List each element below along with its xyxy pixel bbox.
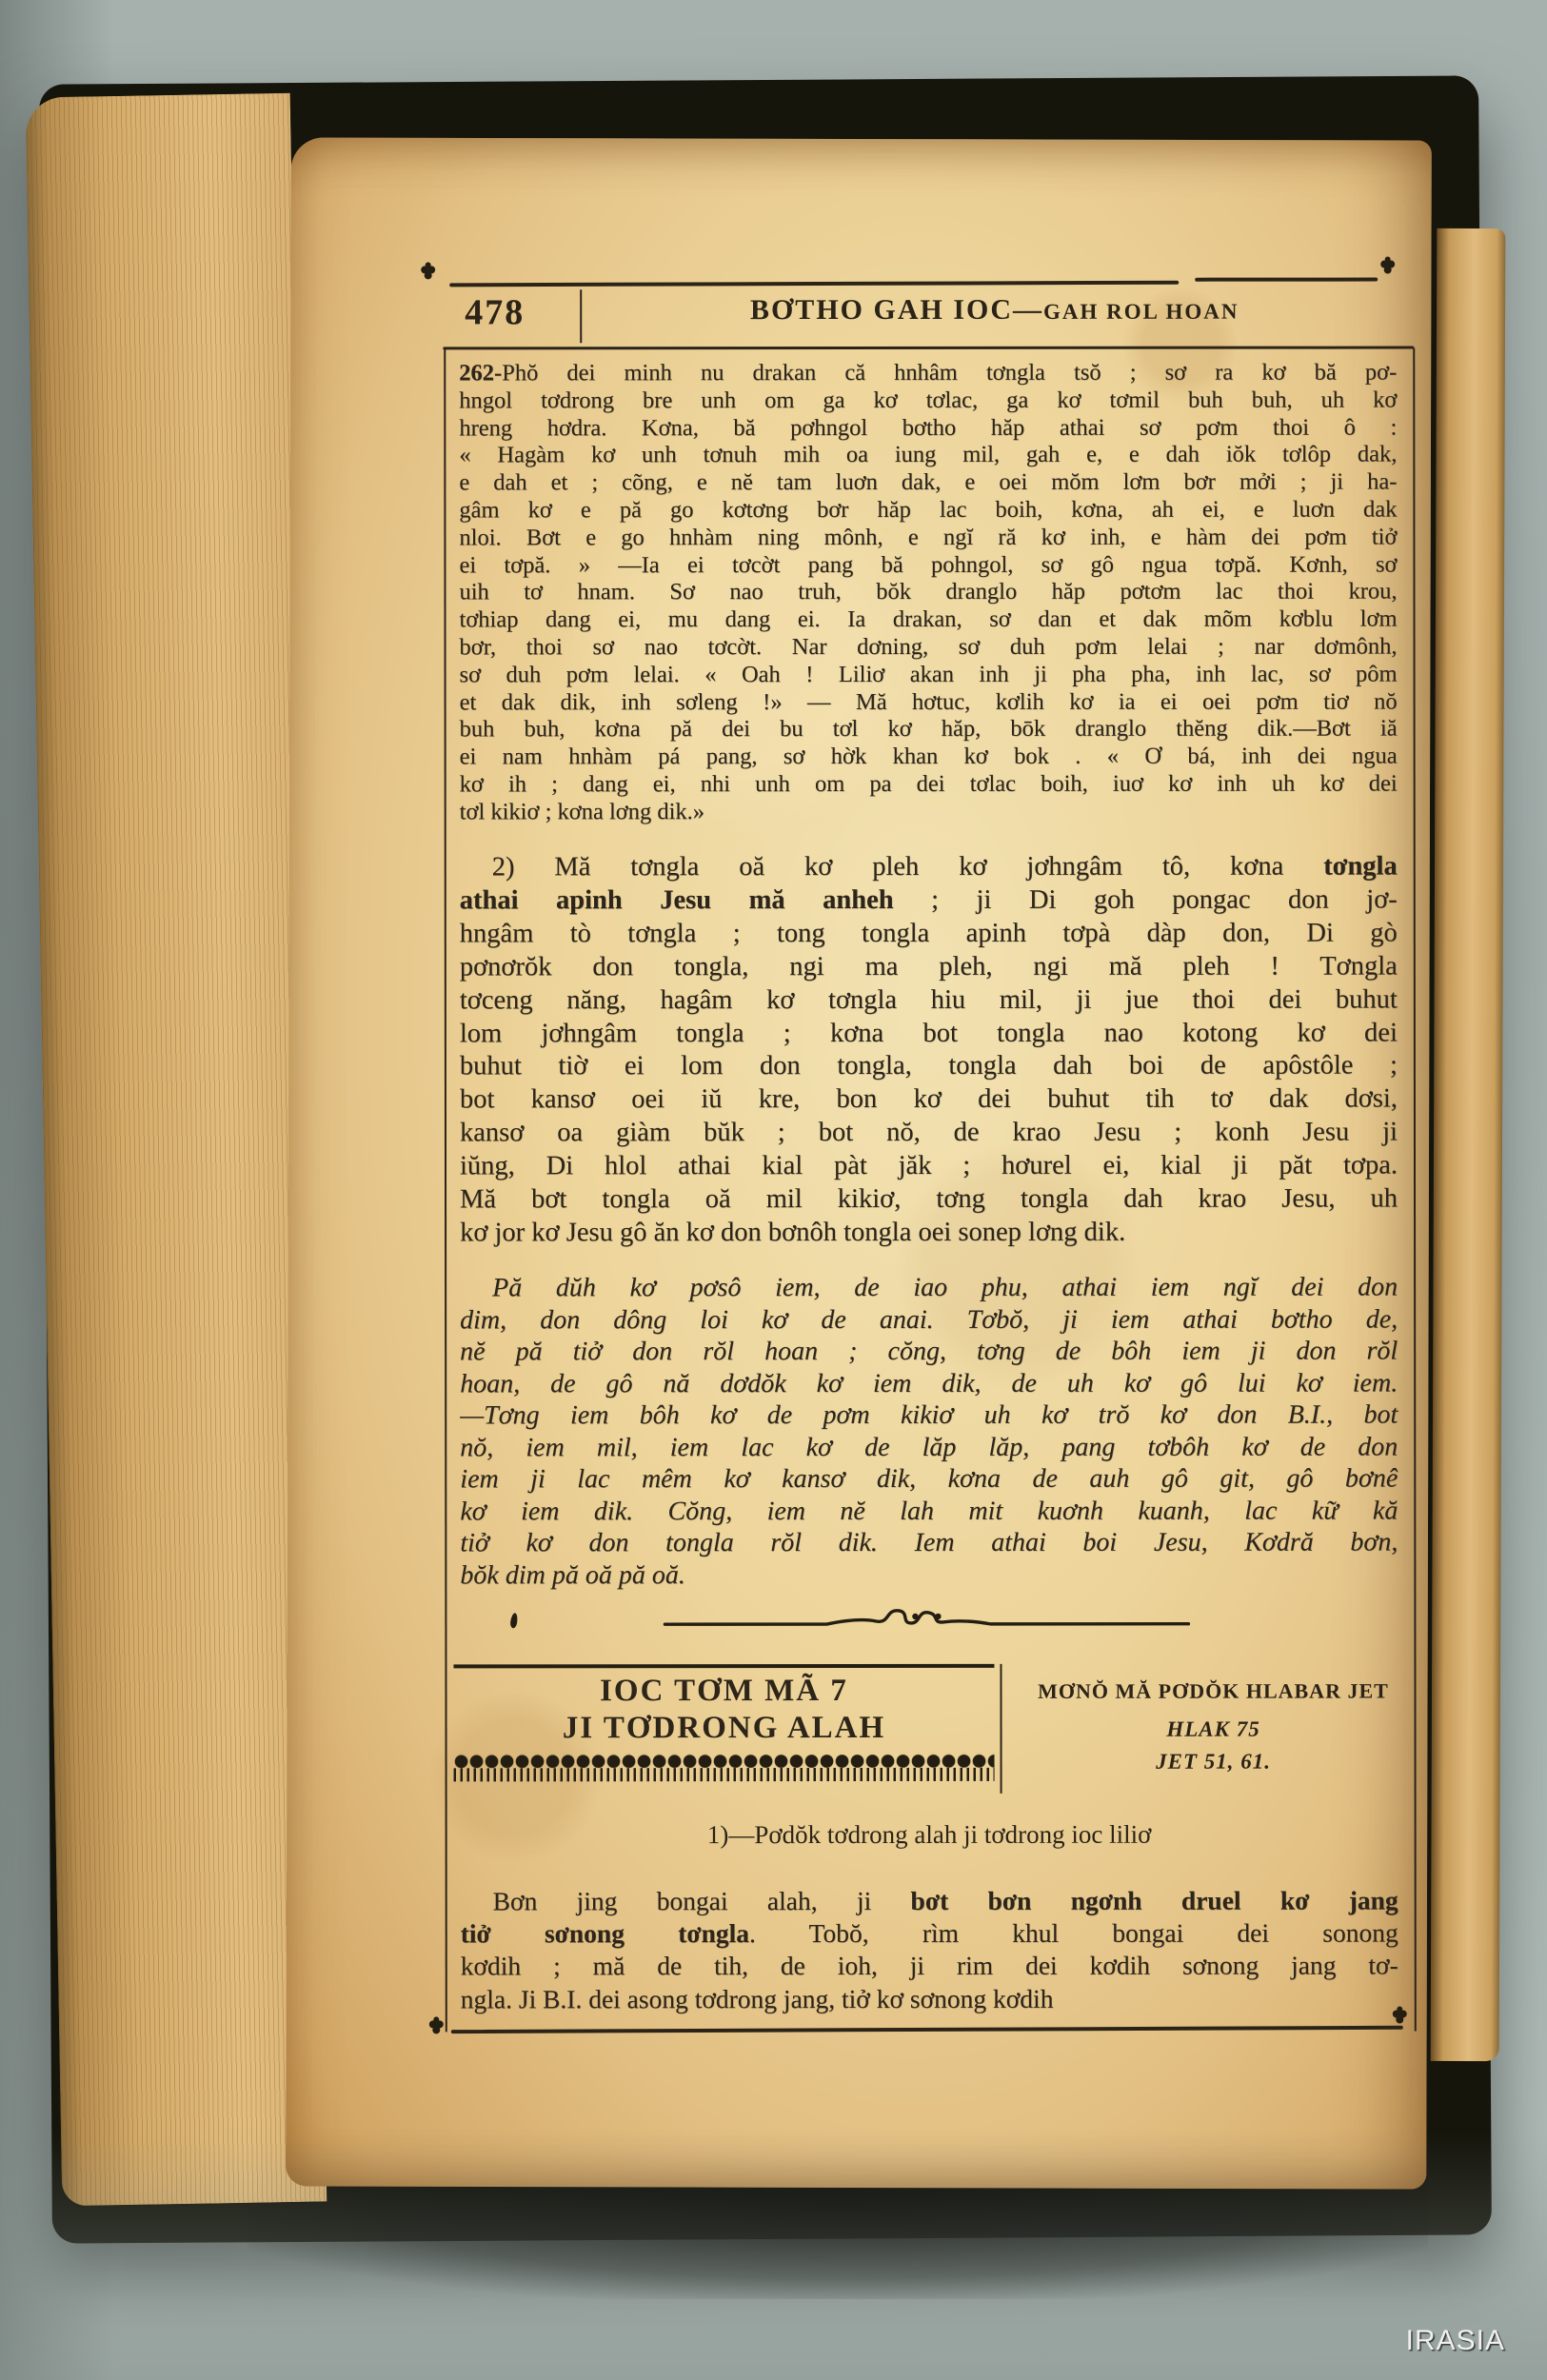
running-title-sub: GAH ROL HOAN <box>1043 300 1239 324</box>
subhead: 1)—Pơdŏk tơdrong alah ji tơdrong ioc lil… <box>461 1820 1398 1851</box>
running-title: BƠTHO GAH IOC—GAH ROL HOAN <box>592 294 1397 327</box>
floret-icon <box>429 2020 437 2028</box>
ink-mark <box>509 1613 518 1629</box>
running-title-separator: — <box>1013 294 1043 326</box>
paragraph-262: 262-Phŏ dei minh nu drakan că hnhâm tơng… <box>459 360 1397 826</box>
ornament-teeth-icon <box>454 1768 995 1781</box>
page-number: 478 <box>465 291 525 333</box>
header-rule-left <box>449 281 1179 288</box>
page-edges-stack <box>26 93 327 2207</box>
reference-line3: JET 51, 61. <box>1027 1750 1400 1775</box>
scanned-book-photo: 478 BƠTHO GAH IOC—GAH ROL HOAN 262-Phŏ d… <box>0 0 1547 2380</box>
watermark: IRASIA <box>1406 2325 1505 2357</box>
reference-line2: HLAK 75 <box>1027 1717 1400 1742</box>
printed-content: 478 BƠTHO GAH IOC—GAH ROL HOAN 262-Phŏ d… <box>288 138 1430 2188</box>
header-bottom-rule <box>443 346 1414 349</box>
footer-rule <box>451 2026 1403 2033</box>
floret-icon <box>1393 2011 1400 2018</box>
header-divider <box>580 289 582 343</box>
section-divider <box>1000 1664 1002 1794</box>
paragraph-bon: Bơn jing bongai alah, ji bơt bơn ngơnh d… <box>461 1885 1398 2016</box>
section-title-line1: IOC TƠM MÃ 7 <box>453 1674 994 1709</box>
frame-rule-right <box>1413 347 1417 2031</box>
background-bottom-shade <box>0 2132 1547 2380</box>
paragraph-meditation: Pă dŭh kơ pơsô iem, de iao phu, athai ie… <box>460 1272 1398 1592</box>
ornament-fringe-icon <box>454 1754 995 1768</box>
header-rule-right <box>1195 278 1378 282</box>
section-title-line2: JI TƠDRONG ALAH <box>454 1711 995 1746</box>
running-title-main: BƠTHO GAH IOC <box>750 294 1013 326</box>
floret-icon <box>1380 261 1388 268</box>
book-page: 478 BƠTHO GAH IOC—GAH ROL HOAN 262-Phŏ d… <box>286 137 1432 2189</box>
facing-page-edge <box>1431 228 1506 2061</box>
paragraph-2: 2) Mă tơngla oă kơ pleh kơ jơhngâm tô, k… <box>460 851 1398 1251</box>
reference-column: MƠNŎ MĂ PƠDŎK HLABAR JET HLAK 75 JET 51,… <box>1026 1679 1399 1775</box>
floret-icon <box>421 266 428 273</box>
divider-flourish-icon <box>660 1605 1193 1637</box>
frame-rule-left <box>444 348 447 2032</box>
reference-line1: MƠNŎ MĂ PƠDŎK HLABAR JET <box>1026 1679 1399 1704</box>
section-header-box: IOC TƠM MÃ 7 JI TƠDRONG ALAH <box>453 1664 994 1781</box>
